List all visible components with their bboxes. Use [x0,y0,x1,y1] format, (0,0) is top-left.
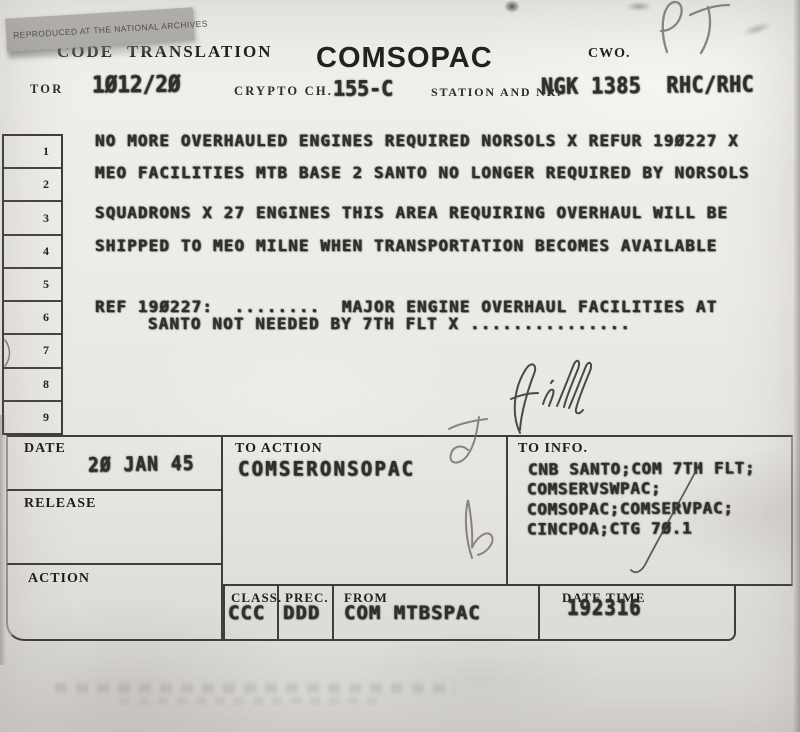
message-line: SHIPPED TO MEO MILNE WHEN TRANSPORTATION… [95,236,718,255]
smudge [626,2,652,11]
line-number-7: 7 [4,335,61,368]
from-value: COM MTBSPAC [344,602,481,624]
tor-value: 1Ø12/2Ø [92,70,181,98]
line-number-2: 2 [4,169,61,202]
line-number-5: 5 [4,269,61,302]
ink-blot [504,0,520,13]
archive-stamp-text: REPRODUCED AT THE NATIONAL ARCHIVES [6,18,208,40]
page-title: COMSOPAC [316,42,493,75]
line-number-9: 9 [4,402,61,433]
action-label: ACTION [28,571,90,587]
telegram-form-scan: REPRODUCED AT THE NATIONAL ARCHIVES CODE… [0,0,800,732]
action-cell: ACTION [6,565,223,641]
to-info-line: COMSERVSWPAC; [527,479,661,499]
class-value: CCC [228,602,265,624]
to-info-line: CNB SANTO;COM 7TH FLT; [528,458,755,479]
line-number-4: 4 [4,236,61,269]
message-line: SQUADRONS X 27 ENGINES THIS AREA REQUIRI… [95,203,728,222]
line-number-3: 3 [4,202,61,235]
smudge [741,20,773,39]
handwritten-initials-pt [661,2,729,53]
date-value: 2Ø JAN 45 [88,452,195,477]
to-action-label: TO ACTION [235,441,323,457]
scan-edge-shadow [0,415,6,665]
date-time-value: 192316 [567,596,642,620]
message-ref-line: SANTO NOT NEEDED BY 7TH FLT X ..........… [148,314,631,333]
to-action-value: COMSERONSOPAC [238,457,415,480]
line-number-8: 8 [4,369,61,402]
line-number-1: 1 [4,136,61,169]
tor-label: TOR [30,82,63,97]
line-number-6: 6 [4,302,61,335]
scan-edge-shadow [793,0,800,732]
to-info-label: TO INFO. [518,441,588,457]
to-info-line: CINCPOA;CTG 7Ø.1 [527,518,692,538]
line-number-column: 1 2 3 4 5 6 7 8 9 [2,134,63,435]
release-label: RELEASE [24,496,96,512]
crypto-ch-label: CRYPTO CH. [234,84,333,99]
message-line: MEO FACILITIES MTB BASE 2 SANTO NO LONGE… [95,163,750,182]
crypto-ch-value: 155-C [333,75,393,101]
date-label: DATE [24,441,66,457]
to-info-line: COMSOPAC;COMSERVPAC; [527,498,734,518]
prec-value: DDD [283,602,320,624]
release-cell: RELEASE [6,491,223,565]
ghost-text-artifact [120,697,380,705]
station-nr-value: NGK 1385 RHC/RHC [541,71,754,100]
cwo-label: CWO. [588,46,631,62]
message-line: NO MORE OVERHAULED ENGINES REQUIRED NORS… [95,131,739,150]
ghost-text-artifact [55,683,455,693]
handwritten-note-fill [511,361,591,433]
